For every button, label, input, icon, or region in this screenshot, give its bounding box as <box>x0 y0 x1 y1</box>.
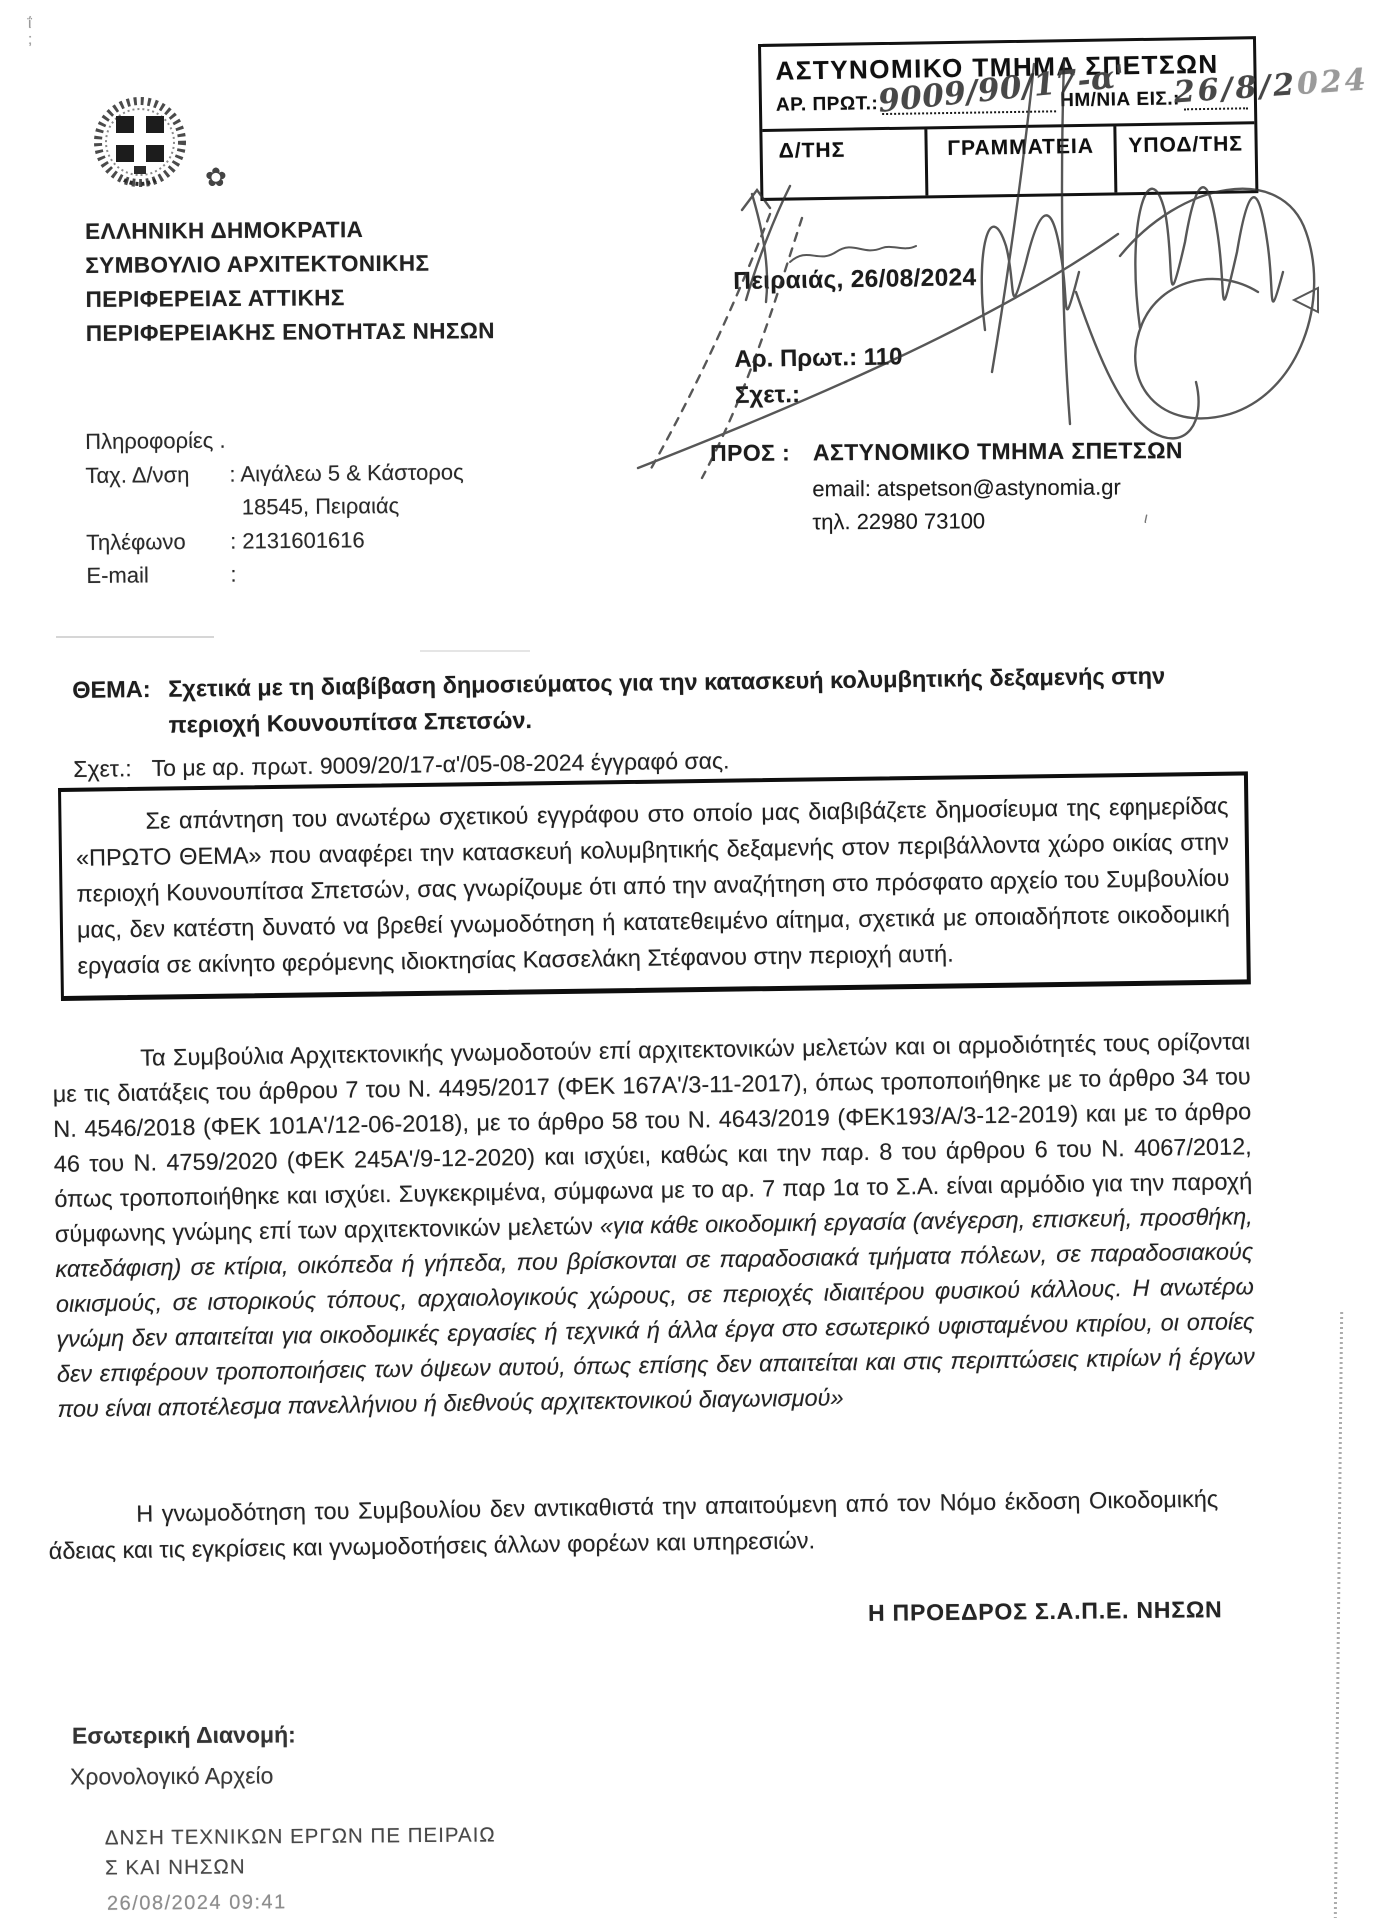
footer-directorate-stamp: ΔΝΣΗ ΤΕΧΝΙΚΩΝ ΕΡΓΩΝ ΠΕ ΠΕΙΡΑΙΩ Σ ΚΑΙ ΝΗΣ… <box>105 1820 496 1883</box>
subject-block: ΘΕΜΑ: Σχετικά με τη διαβίβαση δημοσιεύμα… <box>72 657 1253 783</box>
recipient-line: ΠΡΟΣ : ΑΣΤΥΝΟΜΙΚΟ ΤΜΗΜΑ ΣΠΕΤΣΩΝ <box>710 437 1183 467</box>
contact-row-info: Πληροφορίες . <box>85 421 464 458</box>
contact-row-address-2: 18545, Πειραιάς <box>86 488 465 525</box>
handwritten-date-tail: 024 <box>1296 62 1370 102</box>
scan-artifact-dot: ✿ <box>205 162 227 193</box>
stamp-protocol-dotted-line <box>882 92 1056 115</box>
stamp-protocol-label: ΑΡ. ΠΡΩΤ.: <box>776 93 879 117</box>
contact-label: Πληροφορίες . <box>85 424 229 459</box>
stamp-signature-table: Δ/ΤΗΣ ΓΡΑΜΜΑΤΕΙΑ ΥΠΟΔ/ΤΗΣ <box>762 121 1255 198</box>
recipient-phone: τηλ. 22980 73100 <box>812 503 1183 538</box>
protocol-number: Αρ. Πρωτ.: 110 <box>734 342 978 374</box>
contact-row-email: E-mail : <box>86 555 465 592</box>
right-edge-scan-noise <box>1334 1312 1343 1918</box>
stamp-protocol-row: ΑΡ. ΠΡΩΤ.: ΗΜ/ΝΙΑ ΕΙΣ.: 9009/90/17-α' 26… <box>762 81 1255 129</box>
stamp-col-secretariat: ΓΡΑΜΜΑΤΕΙΑ <box>927 126 1117 195</box>
contact-label: E-mail <box>86 558 230 593</box>
legal-basis-paragraph: Τα Συμβούλια Αρχιτεκτονικής γνωμοδοτούν … <box>52 1024 1256 1427</box>
police-receipt-stamp: ΑΣΤΥΝΟΜΙΚΟ ΤΜΗΜΑ ΣΠΕΤΣΩΝ ΑΡ. ΠΡΩΤ.: ΗΜ/Ν… <box>758 36 1258 201</box>
recipient-label: ΠΡΟΣ : <box>710 440 790 466</box>
stamp-date-label: ΗΜ/ΝΙΑ ΕΙΣ.: <box>1060 88 1180 112</box>
scanned-letter-page: ΐ; ✿ ι ΕΛΛΗΝΙΚΗ ΔΗΜΟΚΡΑΤΙΑ ΣΥΜΒΟΥΛΙΟ ΑΡΧ… <box>0 0 1397 1920</box>
signatory-title: Η ΠΡΟΕΔΡΟΣ Σ.Α.Π.Ε. ΝΗΣΩΝ <box>868 1596 1223 1627</box>
subject-related-text: Το με αρ. πρωτ. 9009/20/17-α'/05-08-2024… <box>151 747 729 781</box>
footer-stamp-line-1: ΔΝΣΗ ΤΕΧΝΙΚΩΝ ΕΡΓΩΝ ΠΕ ΠΕΙΡΑΙΩ <box>105 1820 496 1853</box>
recipient-contact: email: atspetson@astynomia.gr τηλ. 22980… <box>812 470 1183 538</box>
subject-line: ΘΕΜΑ: Σχετικά με τη διαβίβαση δημοσιεύμα… <box>72 657 1253 744</box>
contact-value: : <box>230 558 236 592</box>
contact-row-phone: Τηλέφωνο : 2131601616 <box>86 522 465 559</box>
footer-datetime: 26/08/2024 09:41 <box>107 1891 287 1916</box>
boxed-answer-paragraph: Σε απάντηση του ανωτέρω σχετικού εγγράφο… <box>58 771 1251 1001</box>
org-line-3: ΠΕΡΙΦΕΡΕΙΑΣ ΑΤΤΙΚΗΣ <box>85 280 494 317</box>
internal-distribution-label: Εσωτερική Διανομή: <box>72 1721 296 1749</box>
contact-label <box>86 491 230 526</box>
contact-label: Ταχ. Δ/νση <box>85 457 229 492</box>
org-line-4: ΠΕΡΙΦΕΡΕΙΑΚΗΣ ΕΝΟΤΗΤΑΣ ΝΗΣΩΝ <box>86 314 495 351</box>
subject-related-label: Σχετ.: <box>73 755 132 782</box>
letter-meta-block: Πειραιάς, 26/08/2024 Αρ. Πρωτ.: 110 Σχετ… <box>733 264 978 410</box>
recipient-name: ΑΣΤΥΝΟΜΙΚΟ ΤΜΗΜΑ ΣΠΕΤΣΩΝ <box>813 437 1183 465</box>
contact-value: 18545, Πειραιάς <box>230 489 400 524</box>
stamp-col-deputy: ΥΠΟΔ/ΤΗΣ <box>1116 124 1255 192</box>
faint-separator-line-2 <box>420 650 530 652</box>
contact-info-block: Πληροφορίες . Ταχ. Δ/νση : Αιγάλεω 5 & Κ… <box>85 421 465 592</box>
greek-coat-of-arms-icon <box>90 92 190 201</box>
subject-text: Σχετικά με τη διαβίβαση δημοσιεύματος γι… <box>168 663 1165 738</box>
recipient-email: email: atspetson@astynomia.gr <box>812 470 1183 505</box>
org-line-1: ΕΛΛΗΝΙΚΗ ΔΗΜΟΚΡΑΤΙΑ <box>85 212 494 249</box>
org-line-2: ΣΥΜΒΟΥΛΙΟ ΑΡΧΙΤΕΚΤΟΝΙΚΗΣ <box>85 246 494 283</box>
contact-value: : 2131601616 <box>230 523 365 558</box>
contact-value: : Αιγάλεω 5 & Κάστορος <box>229 455 464 491</box>
closing-paragraph: Η γνωμοδότηση του Συμβουλίου δεν αντικαθ… <box>48 1481 1219 1569</box>
issuing-authority-block: ΕΛΛΗΝΙΚΗ ΔΗΜΟΚΡΑΤΙΑ ΣΥΜΒΟΥΛΙΟ ΑΡΧΙΤΕΚΤΟΝ… <box>85 212 495 351</box>
subject-label: ΘΕΜΑ: <box>72 671 151 708</box>
contact-label: Τηλέφωνο <box>86 524 230 559</box>
stamp-col-commander: Δ/ΤΗΣ <box>762 129 928 198</box>
footer-stamp-line-2: Σ ΚΑΙ ΝΗΣΩΝ <box>105 1850 496 1883</box>
faint-separator-line <box>56 636 214 638</box>
internal-distribution-item: Χρονολογικό Αρχείο <box>70 1762 274 1790</box>
place-and-date: Πειραιάς, 26/08/2024 <box>733 264 977 296</box>
scan-artifact-top-left: ΐ; <box>28 16 32 48</box>
recipient-block: ΠΡΟΣ : ΑΣΤΥΝΟΜΙΚΟ ΤΜΗΜΑ ΣΠΕΤΣΩΝ email: a… <box>710 437 1183 539</box>
contact-row-address: Ταχ. Δ/νση : Αιγάλεω 5 & Κάστορος <box>85 455 464 492</box>
related-ref-label: Σχετ.: <box>735 378 979 410</box>
stamp-date-dotted-line <box>1184 89 1248 110</box>
